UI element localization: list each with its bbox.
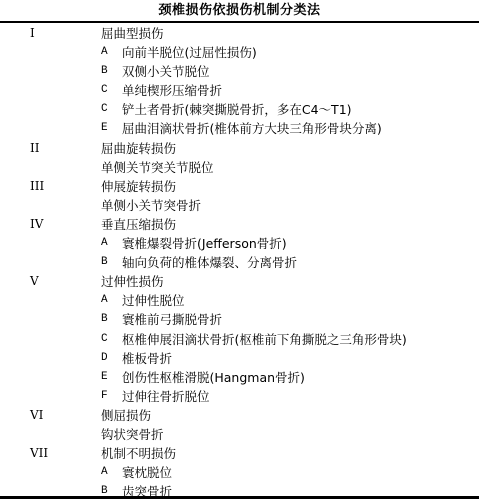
subtype-letter: A bbox=[101, 463, 108, 482]
subtype-row: A 向前半脱位(过屈性损伤) bbox=[0, 43, 479, 62]
category-numeral: IV bbox=[30, 215, 43, 234]
category-row: I 屈曲型损伤 bbox=[0, 24, 479, 43]
plain-subitem-row: 单侧关节突关节脱位 bbox=[0, 158, 479, 177]
subtype-letter: E bbox=[101, 119, 108, 138]
subtype-letter: A bbox=[101, 234, 108, 253]
subtype-label: 轴向负荷的椎体爆裂、分离骨折 bbox=[122, 253, 297, 272]
category-label: 机制不明损伤 bbox=[101, 444, 176, 463]
category-row: II 屈曲旋转损伤 bbox=[0, 139, 479, 158]
subtype-letter: C bbox=[101, 100, 108, 119]
top-rule bbox=[0, 21, 479, 23]
subtype-row: A 寰椎爆裂骨折(Jefferson骨折) bbox=[0, 234, 479, 253]
classification-list: I 屈曲型损伤 A 向前半脱位(过屈性损伤) B 双侧小关节脱位 C 单纯楔形压… bbox=[0, 24, 479, 500]
category-label: 伸展旋转损伤 bbox=[101, 177, 176, 196]
category-label: 侧屈损伤 bbox=[101, 406, 151, 425]
plain-subitem-row: 钩状突骨折 bbox=[0, 425, 479, 444]
category-numeral: VII bbox=[30, 444, 48, 463]
category-numeral: II bbox=[30, 139, 39, 158]
subtype-row: F 过伸往骨折脱位 bbox=[0, 387, 479, 406]
subtype-letter: A bbox=[101, 43, 108, 62]
subtype-row: B 轴向负荷的椎体爆裂、分离骨折 bbox=[0, 253, 479, 272]
subtype-label: 屈曲泪滴状骨折(椎体前方大块三角形骨块分离) bbox=[122, 119, 382, 138]
subtype-letter: A bbox=[101, 291, 108, 310]
category-numeral: I bbox=[30, 24, 35, 43]
document-title: 颈椎损伤依损伤机制分类法 bbox=[0, 2, 479, 20]
category-numeral: VI bbox=[30, 406, 43, 425]
subtype-label: 椎板骨折 bbox=[122, 349, 172, 368]
subtype-letter: C bbox=[101, 81, 108, 100]
subtype-letter: F bbox=[101, 387, 108, 406]
subtype-label: 双侧小关节脱位 bbox=[122, 62, 210, 81]
category-label: 垂直压缩损伤 bbox=[101, 215, 176, 234]
subtype-label: 寰枕脱位 bbox=[122, 463, 172, 482]
subtype-row: D 椎板骨折 bbox=[0, 349, 479, 368]
subitem-label: 单侧关节突关节脱位 bbox=[101, 158, 214, 177]
subtype-row: E 创伤性枢椎滑脱(Hangman骨折) bbox=[0, 368, 479, 387]
category-label: 过伸性损伤 bbox=[101, 272, 164, 291]
subitem-label: 钩状突骨折 bbox=[101, 425, 164, 444]
subtype-label: 铲土者骨折(棘突撕脱骨折，多在C4～T1) bbox=[122, 100, 352, 119]
subtype-letter: B bbox=[101, 253, 108, 272]
subtype-label: 寰椎爆裂骨折(Jefferson骨折) bbox=[122, 234, 287, 253]
subtype-row: C 铲土者骨折(棘突撕脱骨折，多在C4～T1) bbox=[0, 100, 479, 119]
subitem-label: 单侧小关节突骨折 bbox=[101, 196, 201, 215]
subtype-label: 过伸往骨折脱位 bbox=[122, 387, 210, 406]
subtype-row: B 双侧小关节脱位 bbox=[0, 62, 479, 81]
category-row: V 过伸性损伤 bbox=[0, 272, 479, 291]
subtype-label: 创伤性枢椎滑脱(Hangman骨折) bbox=[122, 368, 305, 387]
subtype-row: C 枢椎伸展泪滴状骨折(枢椎前下角撕脱之三角形骨块) bbox=[0, 330, 479, 349]
subtype-letter: D bbox=[101, 349, 108, 368]
subtype-letter: B bbox=[101, 310, 108, 329]
category-numeral: V bbox=[30, 272, 39, 291]
subtype-row: C 单纯楔形压缩骨折 bbox=[0, 81, 479, 100]
subtype-label: 枢椎伸展泪滴状骨折(枢椎前下角撕脱之三角形骨块) bbox=[122, 330, 407, 349]
subtype-label: 单纯楔形压缩骨折 bbox=[122, 81, 222, 100]
subtype-label: 寰椎前弓撕脱骨折 bbox=[122, 310, 222, 329]
category-label: 屈曲型损伤 bbox=[101, 24, 164, 43]
subtype-row: B 寰椎前弓撕脱骨折 bbox=[0, 310, 479, 329]
subtype-row: A 过伸性脱位 bbox=[0, 291, 479, 310]
category-row: VI 侧屈损伤 bbox=[0, 406, 479, 425]
subtype-row: E 屈曲泪滴状骨折(椎体前方大块三角形骨块分离) bbox=[0, 119, 479, 138]
subtype-letter: B bbox=[101, 62, 108, 81]
category-numeral: III bbox=[30, 177, 44, 196]
plain-subitem-row: 单侧小关节突骨折 bbox=[0, 196, 479, 215]
category-row: IV 垂直压缩损伤 bbox=[0, 215, 479, 234]
subtype-label: 向前半脱位(过屈性损伤) bbox=[122, 43, 257, 62]
category-row: VII 机制不明损伤 bbox=[0, 444, 479, 463]
subtype-letter: E bbox=[101, 368, 108, 387]
category-row: III 伸展旋转损伤 bbox=[0, 177, 479, 196]
subtype-letter: C bbox=[101, 330, 108, 349]
subtype-row: A 寰枕脱位 bbox=[0, 463, 479, 482]
category-label: 屈曲旋转损伤 bbox=[101, 139, 176, 158]
bottom-rule bbox=[0, 496, 479, 499]
subtype-label: 过伸性脱位 bbox=[122, 291, 185, 310]
